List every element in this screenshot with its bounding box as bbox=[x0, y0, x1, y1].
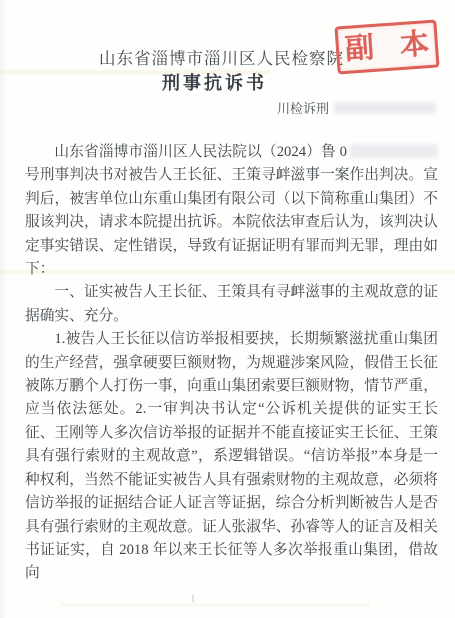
paragraph-1-after-redaction: 号刑事判决书对被告人王长征、王策寻衅滋事一案作出判决。宣判后，被害单位山东重山集… bbox=[25, 167, 438, 277]
document-body: 山东省淄博市淄川区人民法院以（2024）鲁 0号刑事判决书对被告人王长征、王策寻… bbox=[25, 141, 438, 586]
page-number: 1 bbox=[190, 593, 196, 605]
body-paragraph-1: 山东省淄博市淄川区人民法院以（2024）鲁 0号刑事判决书对被告人王长征、王策寻… bbox=[25, 141, 438, 281]
copy-stamp-text: 副本 bbox=[344, 28, 455, 65]
document-page: 山东省淄博市淄川区人民检察院 刑事抗诉书 副本 川检诉刑 山东省淄博市淄川区人民… bbox=[0, 0, 455, 618]
paragraph-1-before-redaction: 山东省淄博市淄川区人民法院以（2024）鲁 0 bbox=[54, 144, 347, 160]
case-number-redaction bbox=[334, 102, 436, 114]
case-number-prefix: 川检诉刑 bbox=[277, 101, 329, 116]
document-title-text: 刑事抗诉书 bbox=[162, 69, 267, 95]
body-case-number-redaction bbox=[350, 144, 438, 158]
body-paragraph-3: 1.被告人王长征以信访举报相要挟，长期频繁滋扰重山集团的生产经营，强拿硬要巨额财… bbox=[25, 328, 438, 585]
case-number-line: 川检诉刑 bbox=[277, 98, 436, 117]
court-header-text: 山东省淄博市淄川区人民检察院 bbox=[99, 45, 344, 69]
document-title: 刑事抗诉书 bbox=[0, 69, 455, 95]
body-paragraph-2: 一、证实被告人王长征、王策具有寻衅滋事的主观故意的证据确实、充分。 bbox=[25, 281, 438, 328]
scan-artifact-band bbox=[60, 603, 370, 607]
copy-stamp: 副本 bbox=[334, 20, 439, 75]
